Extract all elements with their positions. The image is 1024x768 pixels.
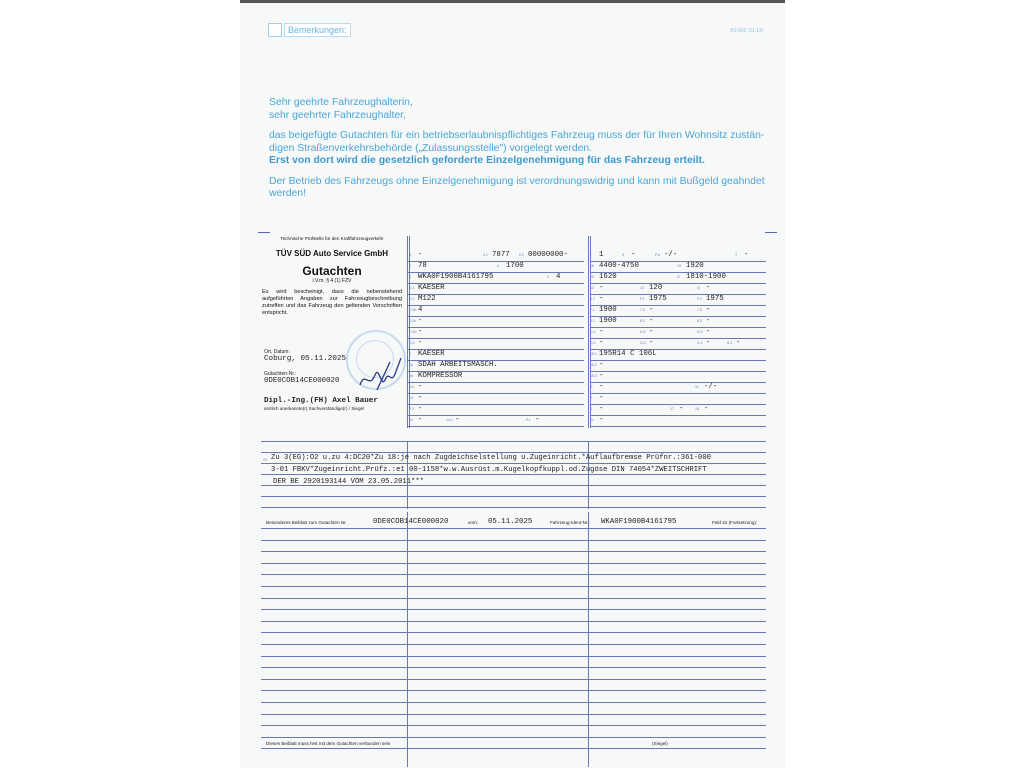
field-code: V.9 xyxy=(409,385,414,389)
field-15-1-value: 195R14 C 106L xyxy=(599,350,657,359)
field-T-value: - xyxy=(744,251,748,260)
grid-line xyxy=(261,452,766,453)
signature xyxy=(355,350,405,395)
field-code: D.1 xyxy=(409,286,414,290)
field-code: 21 xyxy=(590,418,594,422)
grid-line xyxy=(261,540,766,541)
grid-line xyxy=(261,632,766,633)
grid-line xyxy=(408,261,584,262)
field-code: U.1 xyxy=(590,330,595,334)
field-F-1-value: 1975 xyxy=(649,295,667,304)
grid-line xyxy=(261,656,766,657)
field-P-1-value: - xyxy=(535,416,539,425)
field-code: 8.2 xyxy=(640,319,645,323)
field-5b-value: KOMPRESSOR xyxy=(418,372,462,381)
field-code: 2 xyxy=(409,352,411,356)
letter-paragraph-2: Der Betrieb des Fahrzeugs ohne Einzelgen… xyxy=(269,176,774,201)
field-code: P.3 xyxy=(409,407,414,411)
field-D-2-value: M122 xyxy=(418,295,436,304)
field-10-value: - xyxy=(418,416,422,425)
field-code: 8.3 xyxy=(697,319,702,323)
grid-line xyxy=(261,621,766,622)
continuation-label: Feld 22 (Fortsetzung): xyxy=(712,520,757,525)
remarks-label: Bemerkungen: xyxy=(284,23,351,37)
company-name: TÜV SÜD Auto Service GmbH xyxy=(262,249,402,258)
grid-line xyxy=(408,415,584,416)
field-7-2-value: - xyxy=(649,306,653,315)
field-22-code: 22 xyxy=(263,458,267,462)
field-code: F.2 xyxy=(697,297,702,301)
salutation-1: Sehr geehrte Fahrzeughalterin, xyxy=(269,97,413,108)
grid-line xyxy=(261,551,766,552)
field-code: D.2c xyxy=(409,319,416,323)
grid-line xyxy=(261,714,766,715)
supplement-date: 05.11.2025 xyxy=(488,518,532,526)
field-code: 6 xyxy=(590,407,592,411)
grid-line xyxy=(261,563,766,564)
grid-line xyxy=(590,360,766,361)
field-15-3-value: - xyxy=(599,372,603,381)
grid-line xyxy=(408,382,584,383)
field-code: D.3 xyxy=(409,341,414,345)
field-7-1-value: 1900 xyxy=(599,306,617,315)
field-E-value: WKA0F1900B4161795 xyxy=(418,273,493,282)
field-G-value: 1810-1900 xyxy=(686,273,726,282)
field-code: 12 xyxy=(590,286,594,290)
field-19-value: 1920 xyxy=(686,262,704,271)
field-code: E xyxy=(409,275,411,279)
field-code: 7.3 xyxy=(697,308,702,312)
field-D-2d-value: - xyxy=(418,328,422,337)
field-code: S.2 xyxy=(727,341,732,345)
field-14-value: - xyxy=(418,394,422,403)
field-P-3-value: - xyxy=(418,405,422,414)
field-code: 8.1 xyxy=(590,319,595,323)
field-15-2-value: - xyxy=(599,361,603,370)
field-code: G xyxy=(677,275,680,279)
field-code: 7.2 xyxy=(640,308,645,312)
field-code: 14.1 xyxy=(446,418,453,422)
field-code: 17 xyxy=(670,407,674,411)
field-code: 9 xyxy=(622,253,624,257)
field-22-line: 3-01 FBKV*Zugeinricht.Prüfz.:e1 00-1158*… xyxy=(271,466,707,475)
field-4-value: 1700 xyxy=(506,262,524,271)
grid-line xyxy=(407,512,408,767)
field-9-value: - xyxy=(631,251,635,260)
report-number: 0DE0COB14CE000020 xyxy=(264,377,339,385)
letter-paragraph-1-bold: Erst von dort wird die gesetzlich geford… xyxy=(269,155,705,166)
field-code: 4 xyxy=(497,264,499,268)
field-6-value: - xyxy=(599,405,603,414)
grid-line xyxy=(590,294,766,295)
supplement-date-label: vom: xyxy=(468,520,478,525)
grid-line xyxy=(408,305,584,306)
field-Q-value: - xyxy=(706,284,710,293)
field-code: D.2b xyxy=(409,308,416,312)
grid-line xyxy=(590,404,766,405)
field-code: 18 xyxy=(590,264,594,268)
field-code: 15.2 xyxy=(590,363,597,367)
grid-line xyxy=(590,426,766,427)
field-code: T xyxy=(735,253,737,257)
field-code: 5a xyxy=(409,363,413,367)
field-code: Q xyxy=(697,286,700,290)
field-D-2c-value: - xyxy=(418,317,422,326)
field-code: K xyxy=(590,396,592,400)
field-code: 15.1 xyxy=(590,352,597,356)
grid-line xyxy=(408,327,584,328)
grid-line xyxy=(407,236,408,428)
field-code: D.2d xyxy=(409,330,416,334)
field-21-value: - xyxy=(599,416,603,425)
field-8-3-value: - xyxy=(706,317,710,326)
grid-line xyxy=(261,644,766,645)
field-code: P.4 xyxy=(655,253,660,257)
letter-paragraph-1: das beigefügte Gutachten für ein betrieb… xyxy=(269,130,764,154)
field-13-value: 120 xyxy=(649,284,662,293)
field-J-value: 78 xyxy=(418,262,427,271)
field-U-3-value: - xyxy=(706,328,710,337)
grid-line xyxy=(261,496,766,497)
field-D-2b-value: 4 xyxy=(418,306,422,315)
examiner-role: amtlich anerkannte(r) Sachverständige(r)… xyxy=(264,406,364,411)
field-R-value: - xyxy=(599,383,603,392)
field-D-3-value: - xyxy=(418,339,422,348)
supplement-report-no: 0DE0COB14CE000020 xyxy=(373,518,448,526)
grid-line xyxy=(408,393,584,394)
examiner-name: Dipl.-Ing.(FH) Axel Bauer xyxy=(264,397,378,405)
field-code: L xyxy=(590,253,592,257)
field-8-value: - xyxy=(418,251,422,260)
grid-line xyxy=(261,702,766,703)
certificate-statement: Es wird bescheinigt, dass die nebenstehe… xyxy=(262,289,402,317)
field-code: 11 xyxy=(695,385,699,389)
grid-line xyxy=(408,404,584,405)
grid-line xyxy=(261,463,766,464)
grid-line xyxy=(590,371,766,372)
authority-label: Technische Prüfstelle für den Kraftfahrz… xyxy=(262,236,402,241)
field-code: P.1 xyxy=(526,418,531,422)
field-code: 13 xyxy=(640,286,644,290)
field-8-2-value: - xyxy=(649,317,653,326)
fold-mark xyxy=(765,232,777,233)
grid-line xyxy=(408,338,584,339)
field-8-1-value: 1900 xyxy=(599,317,617,326)
field-U-1-value: - xyxy=(599,328,603,337)
field-22-line: Zu 3(EG):O2 u.zu 4:DC20*Zu 18:je nach Zu… xyxy=(271,454,711,463)
grid-line xyxy=(408,426,584,427)
supplement-vin: WKA0F1900B4161795 xyxy=(601,518,676,526)
field-code: O.2 xyxy=(640,341,646,345)
grid-line xyxy=(590,415,766,416)
grid-line xyxy=(261,748,766,749)
grid-line xyxy=(590,393,766,394)
field-7-3-value: - xyxy=(706,306,710,315)
field-2-value: KAESER xyxy=(418,350,445,359)
field-P-4-value: -/- xyxy=(664,251,677,260)
legal-basis: i.V.m. § 4 (1) FZV xyxy=(262,278,402,284)
field-L-value: 1 xyxy=(599,251,603,260)
field-11-value: -/- xyxy=(704,383,717,392)
field-O-2-value: - xyxy=(649,339,653,348)
field-3-value: 4 xyxy=(556,273,560,282)
field-V-9-value: - xyxy=(418,383,422,392)
field-F-2-value: 1975 xyxy=(706,295,724,304)
grid-line xyxy=(261,737,766,738)
grid-line xyxy=(261,690,766,691)
grid-line xyxy=(590,283,766,284)
field-code: 16 xyxy=(695,407,699,411)
field-2-2-value: 00000000- xyxy=(528,251,568,260)
field-K-value: - xyxy=(599,394,603,403)
grid-line xyxy=(590,327,766,328)
grid-line xyxy=(261,574,766,575)
field-O-1-value: - xyxy=(599,339,603,348)
grid-line xyxy=(588,236,589,428)
field-U-2-value: - xyxy=(649,328,653,337)
fold-mark xyxy=(258,232,270,233)
field-code: J xyxy=(409,264,411,268)
field-code: 19 xyxy=(677,264,681,268)
field-17-value: - xyxy=(679,405,683,414)
form-code: AS 665 (11.13) xyxy=(730,28,763,34)
field-code: U.3 xyxy=(697,330,702,334)
cover-letter: Sehr geehrte Fahrzeughalterin, sehr geeh… xyxy=(269,97,774,209)
grid-line xyxy=(590,382,766,383)
grid-line xyxy=(261,441,766,442)
certificate-title: Gutachten xyxy=(262,264,402,278)
field-code: R xyxy=(590,385,593,389)
grid-line xyxy=(261,598,766,599)
seal-label: (Siegel) xyxy=(652,741,668,746)
grid-line xyxy=(261,586,766,587)
salutation-2: sehr geehrter Fahrzeughalter, xyxy=(269,110,406,121)
field-code: 20 xyxy=(590,275,594,279)
field-14-1-value: - xyxy=(455,416,459,425)
certificate-panel: Technische Prüfstelle für den Kraftfahrz… xyxy=(262,236,402,317)
grid-line xyxy=(261,667,766,668)
field-D-1-value: KAESER xyxy=(418,284,445,293)
field-S-2-value: - xyxy=(736,339,740,348)
page-top-edge xyxy=(240,0,785,3)
field-code: D.2 xyxy=(409,297,414,301)
supplement-vin-label: Fahrzeug-Ident-Nr.: xyxy=(550,520,590,525)
field-code: 2.2 xyxy=(519,253,524,257)
place-date: Coburg, 05.11.2025 xyxy=(264,355,346,363)
field-code: 7.1 xyxy=(590,308,595,312)
grid-line xyxy=(261,507,766,508)
field-code: 8 xyxy=(409,253,411,257)
field-V-7-value: - xyxy=(599,295,603,304)
remarks-checkbox[interactable] xyxy=(268,23,282,37)
grid-line xyxy=(407,441,408,509)
field-code: V.7 xyxy=(590,297,595,301)
field-20-value: 1620 xyxy=(599,273,617,282)
field-code: 2.1 xyxy=(483,253,488,257)
grid-line xyxy=(588,441,589,509)
grid-line xyxy=(408,316,584,317)
field-5a-value: SDAH ARBEITSMASCH. xyxy=(418,361,498,370)
supplement-footer-note: Dieses Beiblatt muss fest mit dem Gutach… xyxy=(266,741,390,746)
field-18-value: 4400-4750 xyxy=(599,262,639,271)
grid-line xyxy=(261,528,766,529)
field-code: 10 xyxy=(409,418,413,422)
field-code: S.1 xyxy=(697,341,702,345)
grid-line xyxy=(588,512,589,767)
field-2-1-value: 7877 xyxy=(492,251,510,260)
field-code: 15.3 xyxy=(590,374,597,378)
field-code: F.1 xyxy=(640,297,645,301)
field-16-value: - xyxy=(704,405,708,414)
field-code: 5b xyxy=(409,374,413,378)
grid-line xyxy=(261,609,766,610)
field-code: 14 xyxy=(409,396,413,400)
field-code: O.1 xyxy=(590,341,596,345)
grid-line xyxy=(261,725,766,726)
grid-line xyxy=(261,679,766,680)
field-code: U.2 xyxy=(640,330,645,334)
field-22-line: DER BE 2920193144 VOM 23.05.2011*** xyxy=(273,478,424,487)
field-code: 3 xyxy=(547,275,549,279)
field-S-1-value: - xyxy=(706,339,710,348)
field-12-value: - xyxy=(599,284,603,293)
supplement-label: Besonderes Beiblatt zum Gutachten Nr. xyxy=(266,520,347,525)
